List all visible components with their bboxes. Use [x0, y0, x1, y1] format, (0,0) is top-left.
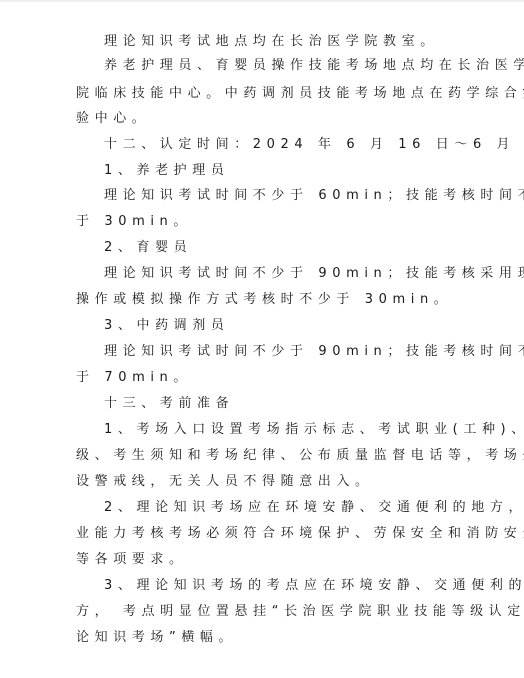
paragraph-prep-1-end: 设警戒线，无关人员不得随意出入。	[76, 474, 374, 490]
paragraph-tcm-time: 理论知识考试时间不少于 90min；技能考核时间不少	[104, 344, 524, 360]
paragraph-exam-location-skills-end: 验中心。	[76, 111, 150, 127]
document-page: 理论知识考试地点均在长治医学院教室。 养老护理员、育婴员操作技能考场地点均在长治…	[0, 0, 524, 678]
paragraph-prep-2-cont: 业能力考核考场必须符合环境保护、劳保安全和消防安全	[76, 526, 524, 542]
subheading-elderly-care: 1、养老护理员	[104, 163, 229, 179]
paragraph-prep-1-cont: 级、考生须知和考场纪律、公布质量监督电话等，考场外	[76, 448, 524, 464]
paragraph-exam-location-skills-cont: 院临床技能中心。中药调剂员技能考场地点在药学综合实	[76, 86, 524, 102]
paragraph-childcare-time-cont: 操作或模拟操作方式考核时不少于 30min。	[76, 292, 452, 308]
paragraph-prep-2: 2、理论知识考场应在环境安静、交通便利的地方，专	[104, 500, 524, 516]
section-heading-12: 十二、认定时间：2024 年 6 月 16 日～6 月 17 日	[104, 137, 524, 153]
paragraph-elderly-care-time-cont: 于 30min。	[76, 214, 192, 230]
paragraph-prep-3: 3、理论知识考场的考点应在环境安静、交通便利的地	[104, 578, 524, 594]
section-heading-13: 十三、考前准备	[104, 396, 234, 412]
paragraph-prep-3-end: 论知识考场”横幅。	[76, 630, 237, 646]
paragraph-prep-3-cont: 方， 考点明显位置悬挂“长治医学院职业技能等级认定理	[76, 604, 524, 620]
subheading-childcare: 2、育婴员	[104, 240, 192, 256]
paragraph-exam-location-skills: 养老护理员、育婴员操作技能考场地点均在长治医学	[104, 58, 524, 74]
paragraph-elderly-care-time: 理论知识考试时间不少于 60min；技能考核时间不少	[104, 188, 524, 204]
paragraph-childcare-time: 理论知识考试时间不少于 90min；技能考核采用现场	[104, 266, 524, 282]
paragraph-tcm-time-cont: 于 70min。	[76, 370, 192, 386]
paragraph-prep-2-end: 等各项要求。	[76, 552, 188, 568]
paragraph-exam-location-theory: 理论知识考试地点均在长治医学院教室。	[104, 34, 439, 50]
paragraph-prep-1: 1、考场入口设置考场指示标志、考试职业(工种)、等	[104, 422, 524, 438]
subheading-tcm-pharmacy: 3、中药调剂员	[104, 318, 229, 334]
